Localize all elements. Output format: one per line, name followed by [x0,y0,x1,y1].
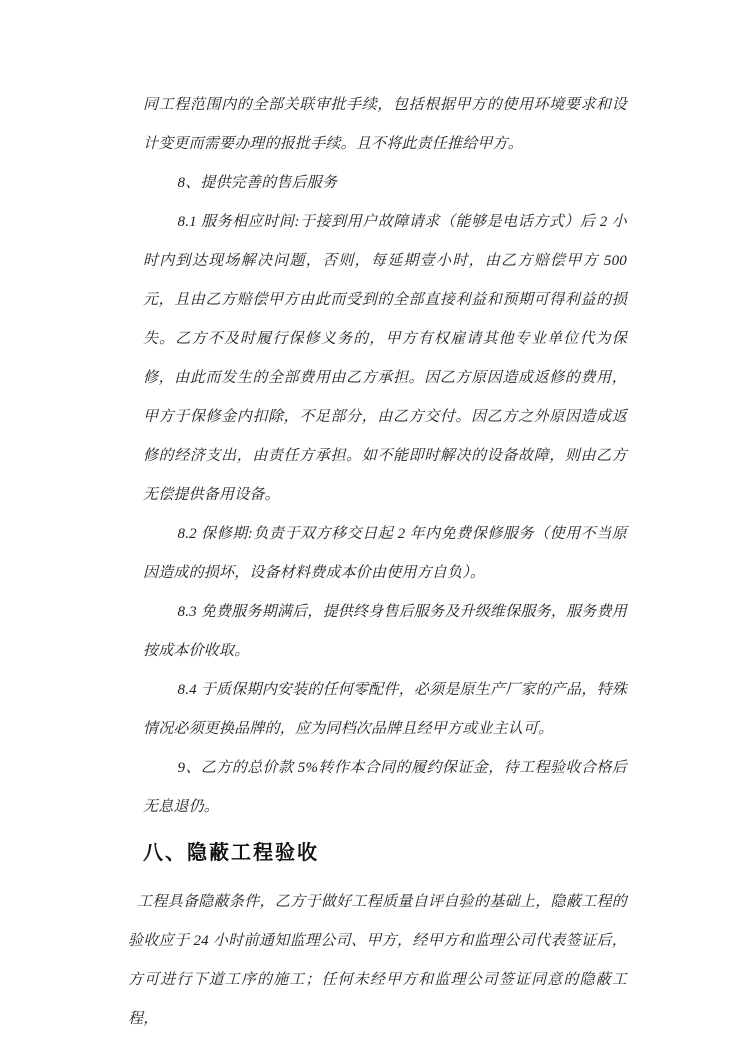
paragraph-clause-8-2-warranty-period: 8.2 保修期:负责于双方移交日起 2 年内免费保修服务（使用不当原因造成的损坏… [143,515,627,593]
paragraph-approval-procedures-continuation: 同工程范围内的全部关联审批手续，包括根据甲方的使用环境要求和设计变更而需要办理的… [143,86,627,164]
paragraph-clause-9-performance-bond: 9、乙方的总价款 5%转作本合同的履约保证金，待工程验收合格后无息退仍。 [143,749,627,827]
paragraph-clause-8-4-spare-parts: 8.4 于质保期内安装的任何零配件，必须是原生产厂家的产品，特殊情况必须更换品牌… [143,671,627,749]
section-heading-hidden-works-acceptance: 八、隐蔽工程验收 [143,833,627,873]
paragraph-clause-8-3-lifetime-service: 8.3 免费服务期满后，提供终身售后服务及升级维保服务，服务费用按成本价收取。 [143,593,627,671]
document-page: 同工程范围内的全部关联审批手续，包括根据甲方的使用环境要求和设计变更而需要办理的… [0,0,744,1052]
document-content: 同工程范围内的全部关联审批手续，包括根据甲方的使用环境要求和设计变更而需要办理的… [143,86,627,1039]
paragraph-clause-8-1-service-response: 8.1 服务相应时间:于接到用户故障请求（能够是电话方式）后 2 小时内到达现场… [143,203,627,515]
paragraph-clause-8-title: 8、提供完善的售后服务 [143,164,627,203]
paragraph-hidden-works-acceptance-body: 工程具备隐蔽条件，乙方于做好工程质量自评自验的基础上，隐蔽工程的验收应于 24 … [128,883,627,1039]
